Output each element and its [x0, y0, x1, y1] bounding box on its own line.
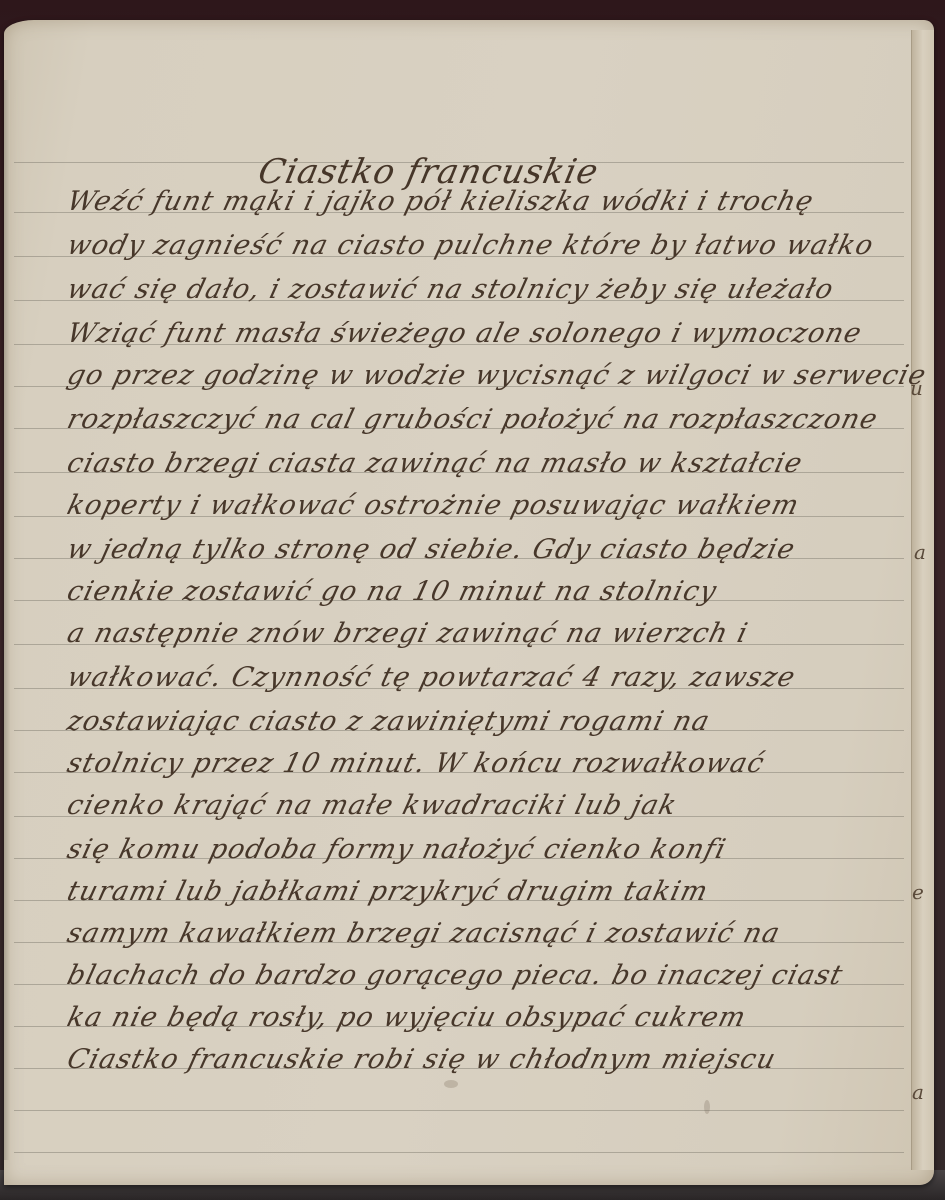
- text-line: ka nie będą rosły, po wyjęciu obsypać cu…: [64, 1002, 750, 1033]
- text-line: rozpłaszczyć na cal grubości położyć na …: [64, 404, 881, 435]
- text-line: się komu podoba formy nałożyć cienko kon…: [64, 834, 730, 865]
- text-line: cienkie zostawić go na 10 minut na stoln…: [64, 576, 720, 607]
- text-line: wody zagnieść na ciasto pulchne które by…: [64, 230, 877, 261]
- text-line: Ciastko francuskie robi się w chłodnym m…: [64, 1044, 780, 1075]
- text-line: w jedną tylko stronę od siebie. Gdy cias…: [64, 534, 799, 565]
- text-line: Wziąć funt masła świeżego ale solonego i…: [64, 318, 865, 349]
- photo-scene: Ciastko francuskie Weźć funt mąki i jajk…: [0, 0, 945, 1200]
- text-line: blachach do bardzo gorącego pieca. bo in…: [64, 960, 847, 991]
- text-line: ciasto brzegi ciasta zawinąć na masło w …: [64, 448, 806, 479]
- margin-mark: a: [912, 1080, 924, 1104]
- margin-mark: u: [910, 376, 923, 400]
- text-line: go przez godzinę w wodzie wycisnąć z wil…: [64, 360, 930, 391]
- text-line: wałkować. Czynność tę powtarzać 4 razy, …: [64, 662, 799, 693]
- text-line: cienko krająć na małe kwadraciki lub jak: [64, 790, 681, 821]
- text-line: stolnicy przez 10 minut. W końcu rozwałk…: [64, 748, 768, 779]
- notebook-page: Ciastko francuskie Weźć funt mąki i jajk…: [4, 20, 934, 1185]
- text-line: Weźć funt mąki i jajko pół kieliszka wód…: [64, 186, 817, 217]
- text-line: wać się dało, i zostawić na stolnicy żeb…: [64, 274, 837, 305]
- text-line: a następnie znów brzegi zawinąć na wierz…: [64, 618, 752, 649]
- margin-mark: e: [912, 880, 924, 904]
- handwritten-text: Ciastko francuskie Weźć funt mąki i jajk…: [4, 20, 934, 1185]
- margin-mark: a: [914, 540, 926, 564]
- text-line: zostawiając ciasto z zawiniętymi rogami …: [64, 706, 713, 737]
- text-line: koperty i wałkować ostrożnie posuwając w…: [64, 490, 803, 521]
- text-line: samym kawałkiem brzegi zacisnąć i zostaw…: [64, 918, 784, 949]
- text-line: turami lub jabłkami przykryć drugim taki…: [64, 876, 712, 907]
